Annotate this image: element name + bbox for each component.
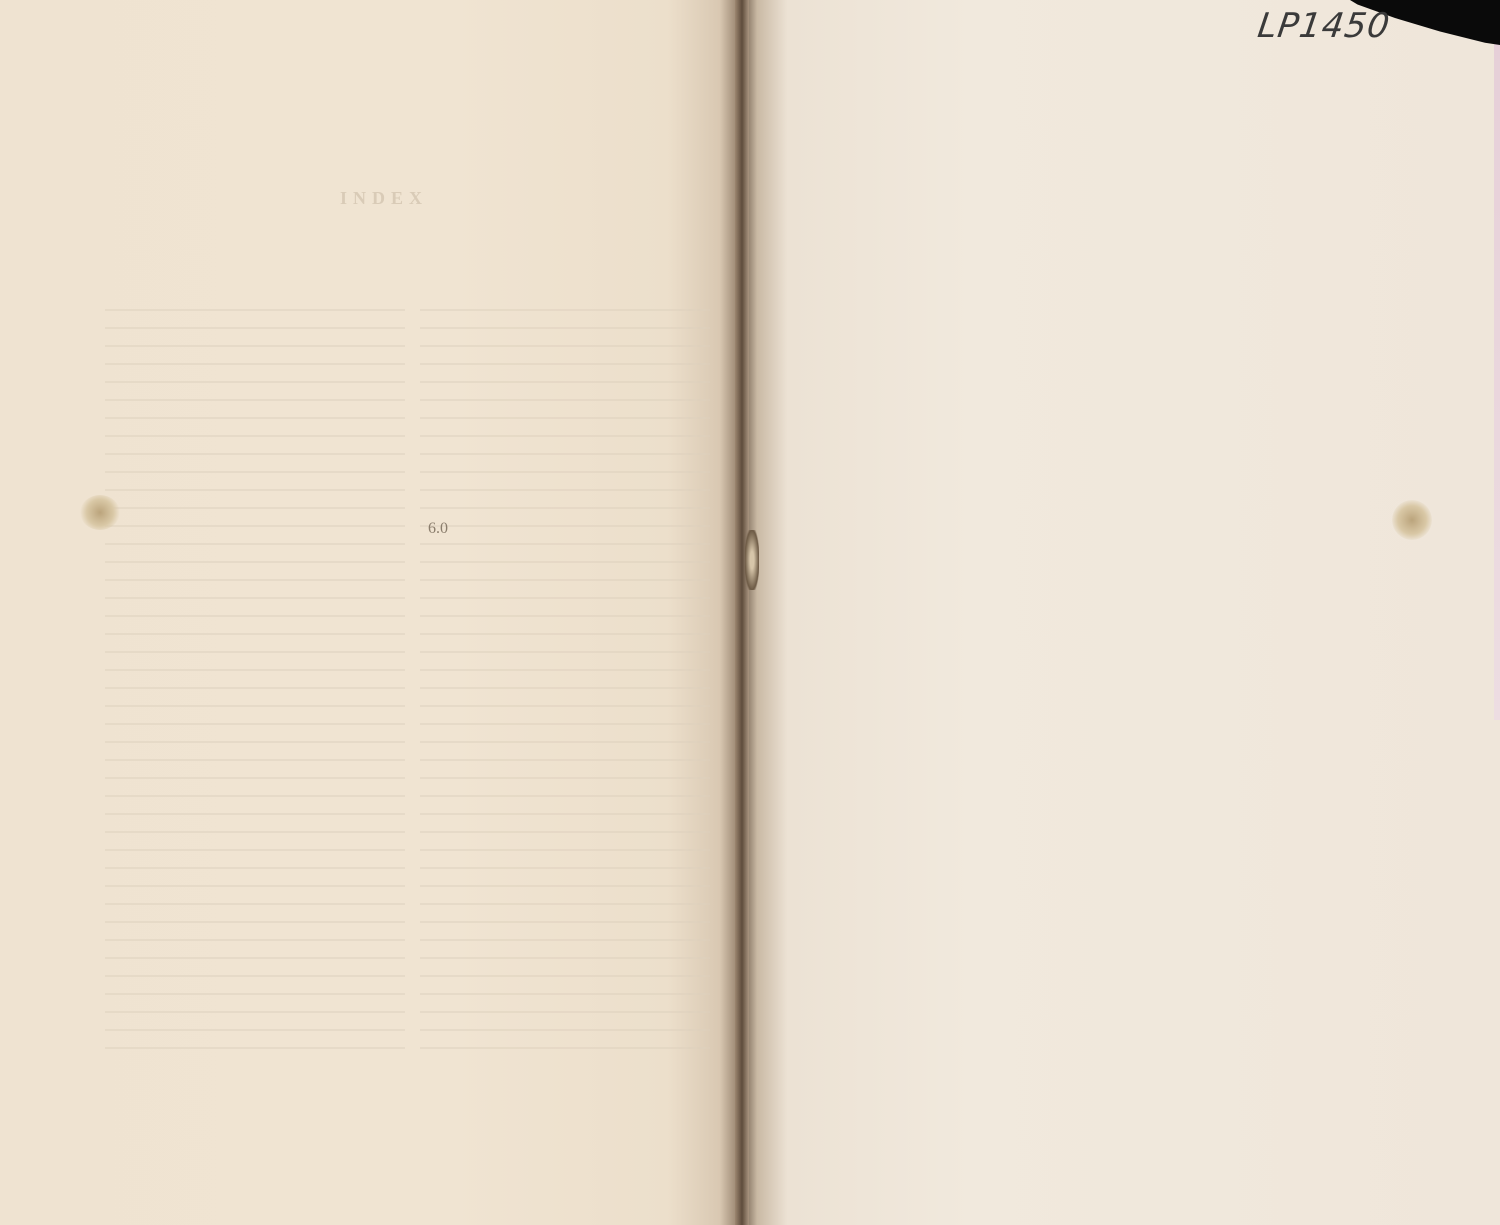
binding-tear	[745, 530, 759, 590]
catalog-number: LP1450	[1255, 6, 1393, 46]
right-page	[742, 0, 1500, 1225]
bleed-through-column-right	[420, 295, 710, 1055]
stain-left	[80, 495, 120, 530]
stain-right	[1392, 500, 1432, 540]
bleed-through-heading: INDEX	[340, 188, 428, 209]
book-gutter	[735, 0, 749, 1225]
pencil-mark: 6.0	[428, 520, 448, 538]
page-edge	[1494, 40, 1500, 720]
bleed-through-column-left	[105, 295, 405, 1055]
